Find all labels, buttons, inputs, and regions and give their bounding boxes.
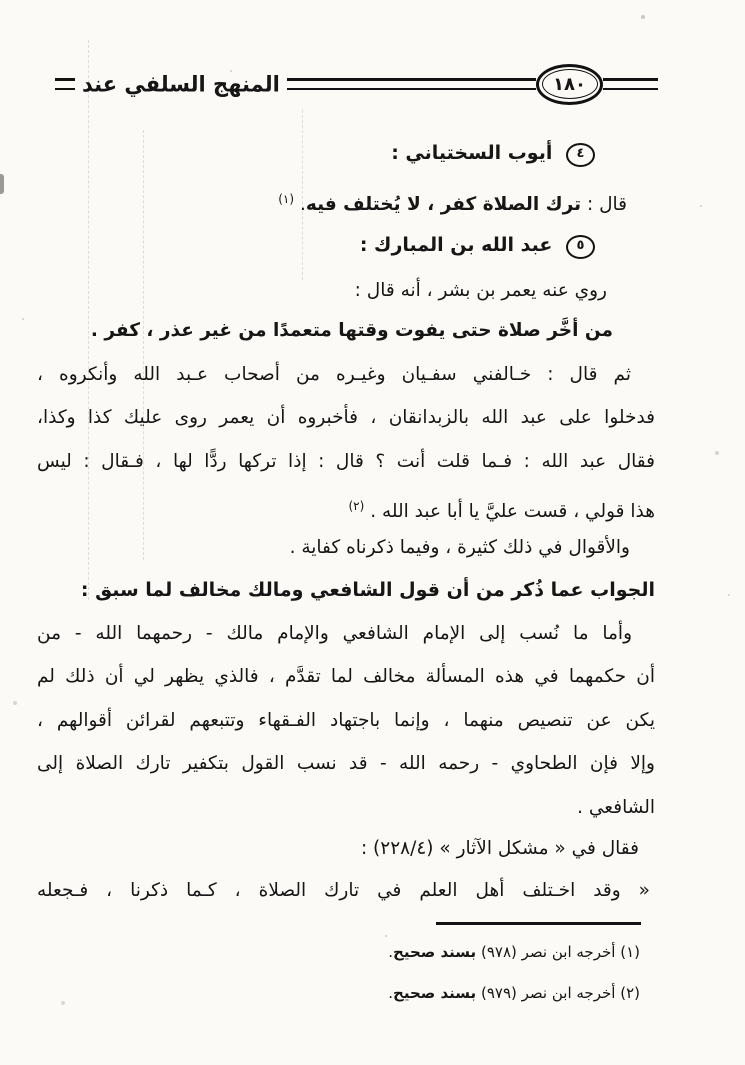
footnote-marker-2: (٢) xyxy=(348,499,364,513)
bold-saying-line: من أخَّر صلاة حتى يفوت وقتها متعمدًا من … xyxy=(37,312,655,350)
qala-prefix: قال : xyxy=(581,194,627,215)
paragraph-line-qala: قال : ترك الصلاة كفر ، لا يُختلف فيه. (١… xyxy=(37,180,655,218)
section-heading-jawab: الجواب عما ذُكر من أن قول الشافعي ومالك … xyxy=(37,571,655,609)
paragraph-amma-line-3: يكن عن تنصيص منهما ، وإنما باجتهاد الفـق… xyxy=(37,702,655,740)
qala-quote-bold: ترك الصلاة كفر ، لا يُختلف فيه xyxy=(306,194,581,215)
paragraph-thumma-line-1: ثم قال : خـالفني سفـيان وغيـره من أصحاب … xyxy=(37,356,655,394)
heading-number-badge: ٥ xyxy=(566,235,595,259)
footnote-separator xyxy=(436,922,641,925)
section-heading-ibn-mubarak-text: عبد الله بن المبارك : xyxy=(360,234,553,256)
paragraph-line-aqwal: والأقوال في ذلك كثيرة ، وفيما ذكرناه كفا… xyxy=(37,529,655,567)
footnote-1: (١) أخرجه ابن نصر (٩٧٨) بسند صحيح. xyxy=(37,936,640,968)
footnote-1-marker: (١) xyxy=(620,943,640,961)
footnote-2-grading: بسند صحيح xyxy=(393,984,476,1002)
scan-noise xyxy=(0,0,2,2)
paragraph-amma-line-2: أن حكمهما في هذه المسألة مخالف لما تقدَّ… xyxy=(37,658,655,696)
paragraph-amma-line-1: وأما ما نُسب إلى الإمام الشافعي والإمام … xyxy=(37,615,655,653)
section-heading-ayyub-text: أيوب السختياني : xyxy=(391,142,552,164)
page-number: ١٨٠ xyxy=(542,69,598,99)
header-rule-left-dash xyxy=(55,78,75,90)
section-heading-ayyub: ٤ أيوب السختياني : xyxy=(37,134,655,172)
book-page: المنهج السلفي عند ١٨٠ ٤ أيوب السختياني :… xyxy=(0,0,745,1065)
paragraph-line-rawa: روي عنه يعمر بن بشر ، أنه قال : xyxy=(37,272,655,310)
paragraph-thumma-line-4: هذا قولي ، قست عليَّ يا أبا عبد الله . (… xyxy=(37,487,655,525)
footnote-2-source: أخرجه ابن نصر (٩٧٩) xyxy=(481,984,615,1002)
section-heading-ibn-mubarak: ٥ عبد الله بن المبارك : xyxy=(37,226,655,264)
paragraph-amma-line-5: الشافعي . xyxy=(37,789,655,827)
heading-number: ٤ xyxy=(577,146,585,161)
footnote-marker-1: (١) xyxy=(278,192,294,206)
paragraph-amma-line-4: وإلا فإن الطحاوي - رحمه الله - قد نسب ال… xyxy=(37,745,655,783)
header-rule-right xyxy=(603,78,658,90)
footnote-2: (٢) أخرجه ابن نصر (٩٧٩) بسند صحيح. xyxy=(37,977,640,1009)
paragraph-line-waqad: « وقد اخـتلف أهل العلم في تارك الصلاة ، … xyxy=(37,872,655,910)
scan-smudge xyxy=(0,174,4,194)
page-number-badge: ١٨٠ xyxy=(536,64,603,105)
footnote-1-source: أخرجه ابن نصر (٩٧٨) xyxy=(481,943,615,961)
paragraph-thumma-line-3: فقال عبد الله : فـما قلت أنت ؟ قال : إذا… xyxy=(37,443,655,481)
paragraph-thumma-line-2: فدخلوا على عبد الله بالزبدانقان ، فأخبرو… xyxy=(37,399,655,437)
thumma-line-4-text: هذا قولي ، قست عليَّ يا أبا عبد الله . xyxy=(370,501,655,522)
page-header: المنهج السلفي عند ١٨٠ xyxy=(55,60,658,108)
footnote-2-marker: (٢) xyxy=(620,984,640,1002)
heading-number-badge: ٤ xyxy=(566,143,595,167)
footnote-1-grading: بسند صحيح xyxy=(393,943,476,961)
header-rule-main xyxy=(287,78,536,90)
book-title: المنهج السلفي عند xyxy=(75,71,287,96)
paragraph-line-faqala-mushkil: فقال في « مشكل الآثار » (٢٢٨/٤) : xyxy=(37,830,655,868)
heading-number: ٥ xyxy=(577,238,585,253)
